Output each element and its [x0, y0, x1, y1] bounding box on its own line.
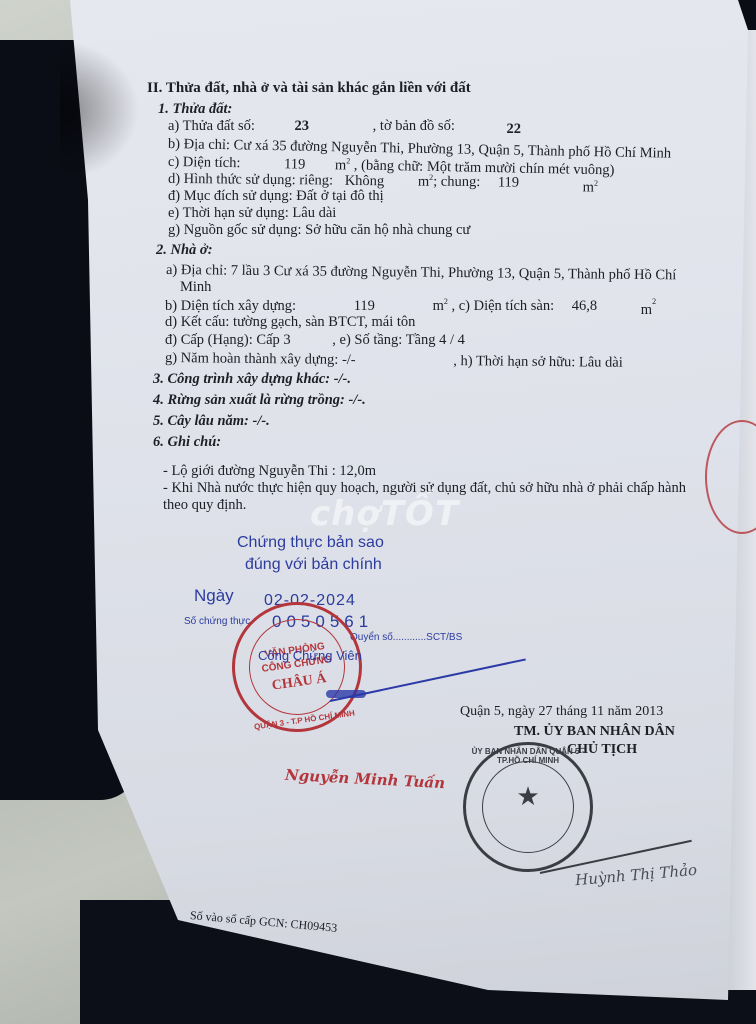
house-completion-row: g) Năm hoàn thành xây dựng: -/- , h) Thờ… [165, 350, 623, 372]
issuing-authority: TM. ỦY BAN NHÂN DÂN [514, 724, 675, 740]
notary-name: Nguyễn Minh Tuấn [285, 766, 446, 792]
certification-book: Quyển số............SCT/BS [350, 632, 462, 643]
floor-area-label: , c) Diện tích sàn: [451, 298, 554, 314]
construction-area-unit: m [433, 298, 444, 314]
area-label: c) Diện tích: [168, 154, 241, 171]
land-heading: 1. Thửa đất: [158, 101, 232, 118]
star-emblem-icon: ★ [466, 781, 590, 812]
completion-year: g) Năm hoàn thành xây dựng: -/- [165, 350, 356, 368]
production-forest: 4. Rừng sản xuất là rừng trồng: -/-. [153, 392, 366, 409]
shared-use-value: 119 [498, 174, 519, 190]
perennial-trees: 5. Cây lâu năm: -/-. [153, 413, 270, 430]
partial-red-stamp [705, 420, 756, 534]
certification-number-label: Số chứng thực [184, 616, 250, 627]
shared-use-label: ; chung: [433, 174, 480, 190]
map-sheet-label: , tờ bản đồ số: [373, 118, 455, 134]
private-use-value: Không [345, 173, 385, 189]
peoples-committee-seal: ỦY BAN NHÂN DÂN QUẬN 5 - TP.HỒ CHÍ MINH … [463, 742, 593, 872]
certificate-registry-number: Số vào sổ cấp GCN: CH09453 [189, 908, 337, 936]
notes-heading: 6. Ghi chú: [153, 434, 221, 451]
house-address-line1: a) Địa chỉ: 7 lầu 3 Cư xá 35 đường Nguyễ… [166, 262, 677, 284]
certification-date-label: Ngày [194, 586, 234, 606]
notary-title: Công Chứng Viên [258, 648, 362, 663]
issue-place-date: Quận 5, ngày 27 tháng 11 năm 2013 [460, 704, 663, 720]
ownership-term: , h) Thời hạn sở hữu: Lâu dài [453, 353, 623, 371]
signer-name: Huỳnh Thị Thảo [574, 861, 697, 890]
floor-area-unit: m [641, 302, 652, 318]
usage-form-label: d) Hình thức sử dụng: riêng: [168, 171, 333, 189]
house-heading: 2. Nhà ở: [156, 242, 213, 259]
note-road-boundary: - Lộ giới đường Nguyễn Thi : 12,0m [163, 463, 376, 480]
note-planning-cont: theo quy định. [163, 497, 246, 514]
certified-copy-line2: đúng với bản chính [245, 556, 382, 574]
section-title: II. Thửa đất, nhà ở và tài sản khác gắn … [147, 80, 471, 97]
parcel-label: a) Thửa đất số: [168, 118, 255, 134]
construction-area-value: 119 [354, 298, 375, 314]
seal-ring-text: ỦY BAN NHÂN DÂN QUẬN 5 - TP.HỒ CHÍ MINH [466, 747, 590, 765]
map-sheet-number: 22 [506, 121, 521, 137]
house-floors: , e) Số tầng: Tầng 4 / 4 [332, 332, 465, 348]
house-structure: d) Kết cấu: tường gạch, sàn BTCT, mái tô… [165, 314, 415, 331]
house-address-line2: Minh [180, 279, 211, 296]
usage-term: e) Thời hạn sử dụng: Lâu dài [168, 205, 336, 222]
parcel-number: 23 [295, 118, 310, 134]
floor-area-value: 46,8 [572, 298, 597, 314]
other-constructions: 3. Công trình xây dựng khác: -/-. [153, 371, 351, 388]
construction-area-label: b) Diện tích xây dựng: [165, 298, 296, 314]
house-grade: đ) Cấp (Hạng): Cấp 3 [165, 332, 291, 348]
usage-origin: g) Nguồn gốc sử dụng: Sở hữu căn hộ nhà … [168, 222, 470, 239]
certified-copy-line1: Chứng thực bản sao [237, 534, 384, 552]
house-grade-row: đ) Cấp (Hạng): Cấp 3 , e) Số tầng: Tầng … [165, 332, 465, 349]
land-parcel-row: a) Thửa đất số: 23 , tờ bản đồ số: 22 [168, 118, 521, 135]
house-area-row: b) Diện tích xây dựng: 119 m2 , c) Diện … [165, 297, 656, 315]
area-value: 119 [284, 156, 306, 172]
usage-purpose: đ) Mục đích sử dụng: Đất ở tại đô thị [168, 188, 384, 205]
notary-signature-scribble [326, 690, 366, 698]
document-content: II. Thửa đất, nhà ở và tài sản khác gắn … [0, 0, 756, 1024]
chotot-watermark: chợTỐT [310, 494, 459, 534]
